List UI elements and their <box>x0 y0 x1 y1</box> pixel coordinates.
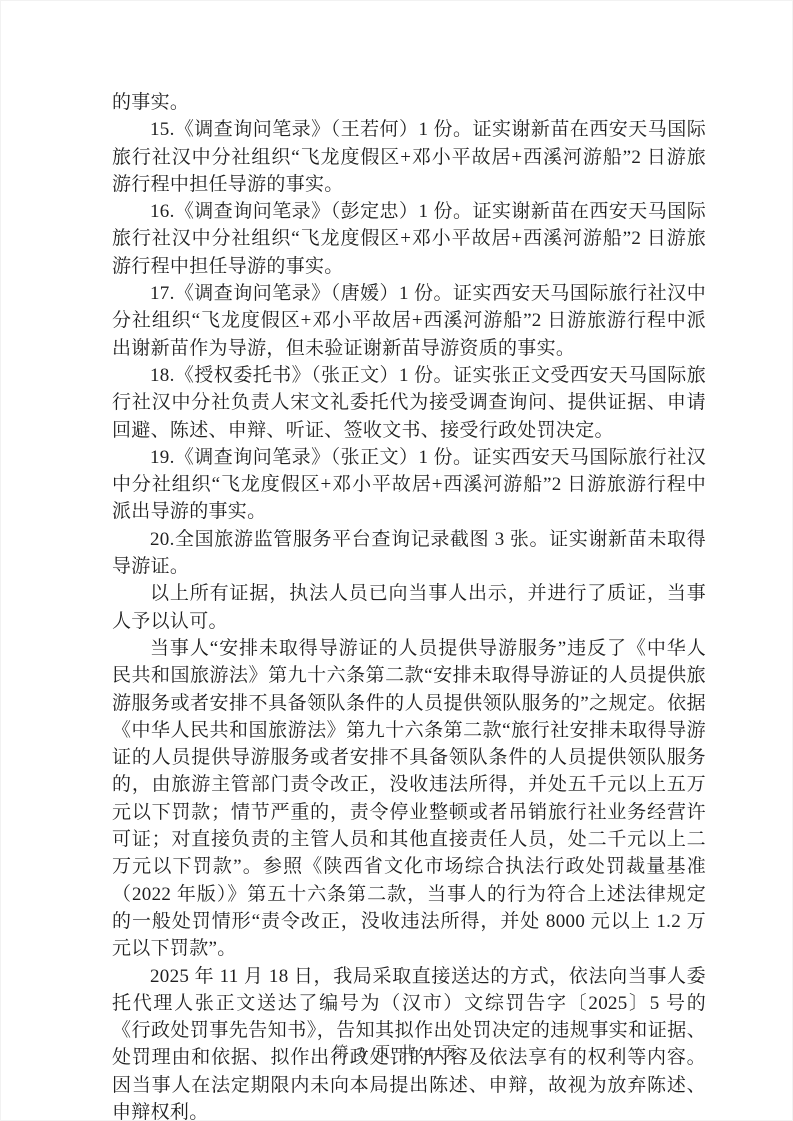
continuation-text: 的事实。 <box>112 89 706 116</box>
evidence-item-19: 19.《调查询问笔录》（张正文）1 份。证实西安天马国际旅行社汉中分社组织“飞龙… <box>112 444 706 526</box>
document-page: 的事实。 15.《调查询问笔录》（王若何）1 份。证实谢新苗在西安天马国际旅行社… <box>0 0 793 1121</box>
evidence-item-15: 15.《调查询问笔录》（王若何）1 份。证实谢新苗在西安天马国际旅行社汉中分社组… <box>112 116 706 198</box>
evidence-item-16: 16.《调查询问笔录》（彭定忠）1 份。证实谢新苗在西安天马国际旅行社汉中分社组… <box>112 198 706 280</box>
evidence-item-20: 20.全国旅游监管服务平台查询记录截图 3 张。证实谢新苗未取得导游证。 <box>112 526 706 581</box>
page-number: 第 3 页 共 4 页 <box>0 1041 793 1062</box>
evidence-item-17: 17.《调查询问笔录》（唐媛）1 份。证实西安天马国际旅行社汉中分社组织“飞龙度… <box>112 280 706 362</box>
evidence-item-18: 18.《授权委托书》（张正文）1 份。证实张正文受西安天马国际旅行社汉中分社负责… <box>112 362 706 444</box>
legal-basis-paragraph: 当事人“安排未取得导游证的人员提供导游服务”违反了《中华人民共和国旅游法》第九十… <box>112 635 706 963</box>
document-body: 的事实。 15.《调查询问笔录》（王若何）1 份。证实谢新苗在西安天马国际旅行社… <box>112 89 706 1121</box>
evidence-presentation-statement: 以上所有证据，执法人员已向当事人出示，并进行了质证，当事人予以认可。 <box>112 580 706 635</box>
